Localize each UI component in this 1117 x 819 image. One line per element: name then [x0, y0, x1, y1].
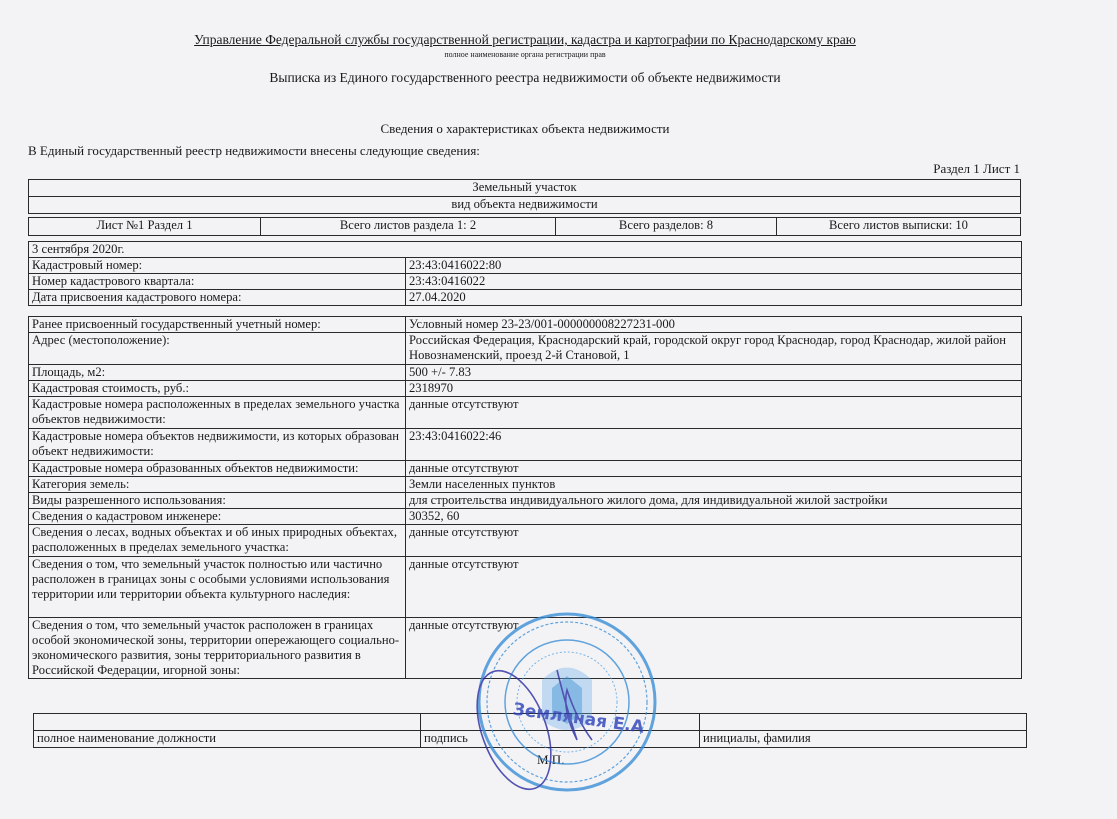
sheets-table: Лист №1 Раздел 1 Всего листов раздела 1:… [28, 217, 1021, 236]
name-caption: инициалы, фамилия [700, 731, 1027, 748]
object-type-table: Земельный участок вид объекта недвижимос… [28, 179, 1021, 214]
row-value: данные отсутствуют [406, 397, 1022, 429]
sheet-section: Лист №1 Раздел 1 [29, 218, 261, 236]
sheet-reference: Раздел 1 Лист 1 [933, 161, 1020, 177]
table-row: Адрес (местоположение): Российская Федер… [29, 333, 1022, 365]
row-label: Сведения о кадастровом инженере: [29, 509, 406, 525]
row-label: Номер кадастрового квартала: [29, 274, 406, 290]
row-value: Российская Федерация, Краснодарский край… [406, 333, 1022, 365]
row-value: 2318970 [406, 381, 1022, 397]
row-value: 27.04.2020 [406, 290, 1022, 306]
table-row: Сведения о кадастровом инженере: 30352, … [29, 509, 1022, 525]
row-value: данные отсутствуют [406, 525, 1022, 557]
intro-text: В Единый государственный реестр недвижим… [28, 143, 480, 159]
agency-name: Управление Федеральной службы государств… [0, 32, 1050, 48]
object-type-caption: вид объекта недвижимости [29, 197, 1021, 214]
row-label: Категория земель: [29, 477, 406, 493]
row-value: 23:43:0416022 [406, 274, 1022, 290]
position-field [34, 714, 421, 731]
cadastral-basic-table: 3 сентября 2020г. Кадастровый номер: 23:… [28, 241, 1022, 306]
row-value: данные отсутствуют [406, 461, 1022, 477]
table-row: Кадастровый номер: 23:43:0416022:80 [29, 258, 1022, 274]
position-caption: полное наименование должности [34, 731, 421, 748]
table-row: Сведения о лесах, водных объектах и об и… [29, 525, 1022, 557]
object-type-value: Земельный участок [29, 180, 1021, 197]
signature-caption: подпись [421, 731, 700, 748]
row-label: Дата присвоения кадастрового номера: [29, 290, 406, 306]
row-label: Кадастровые номера образованных объектов… [29, 461, 406, 477]
extract-date: 3 сентября 2020г. [29, 242, 1022, 258]
row-value: данные отсутствуют [406, 557, 1022, 618]
row-label: Адрес (местоположение): [29, 333, 406, 365]
row-label: Ранее присвоенный государственный учетны… [29, 317, 406, 333]
section-title: Сведения о характеристиках объекта недви… [0, 121, 1050, 137]
table-row: Сведения о том, что земельный участок ра… [29, 618, 1022, 679]
row-label: Сведения о лесах, водных объектах и об и… [29, 525, 406, 557]
table-row: Категория земель: Земли населенных пункт… [29, 477, 1022, 493]
row-label: Виды разрешенного использования: [29, 493, 406, 509]
row-label: Сведения о том, что земельный участок ра… [29, 618, 406, 679]
table-row: Кадастровая стоимость, руб.: 2318970 [29, 381, 1022, 397]
row-value: 30352, 60 [406, 509, 1022, 525]
table-row: Площадь, м2: 500 +/- 7.83 [29, 365, 1022, 381]
row-label: Кадастровые номера объектов недвижимости… [29, 429, 406, 461]
row-label: Сведения о том, что земельный участок по… [29, 557, 406, 618]
seal-place-caption: М.П. [537, 752, 564, 768]
row-value: Условный номер 23-23/001-000000008227231… [406, 317, 1022, 333]
row-value: Земли населенных пунктов [406, 477, 1022, 493]
row-label: Кадастровая стоимость, руб.: [29, 381, 406, 397]
table-row: Кадастровые номера расположенных в преде… [29, 397, 1022, 429]
section-sheets-count: Всего листов раздела 1: 2 [261, 218, 556, 236]
table-row: Виды разрешенного использования: для стр… [29, 493, 1022, 509]
row-value: для строительства индивидуального жилого… [406, 493, 1022, 509]
document-title: Выписка из Единого государственного реес… [0, 70, 1050, 86]
agency-caption: полное наименование органа регистрации п… [0, 50, 1050, 59]
row-label: Площадь, м2: [29, 365, 406, 381]
total-sheets: Всего листов выписки: 10 [777, 218, 1021, 236]
total-sections: Всего разделов: 8 [556, 218, 777, 236]
name-field [700, 714, 1027, 731]
table-row: Номер кадастрового квартала: 23:43:04160… [29, 274, 1022, 290]
table-row: Кадастровые номера образованных объектов… [29, 461, 1022, 477]
table-row: Сведения о том, что земельный участок по… [29, 557, 1022, 618]
signature-table: полное наименование должности подпись ин… [33, 713, 1027, 748]
table-row: Кадастровые номера объектов недвижимости… [29, 429, 1022, 461]
table-row: Дата присвоения кадастрового номера: 27.… [29, 290, 1022, 306]
row-value: 23:43:0416022:80 [406, 258, 1022, 274]
cadastral-details-table: Ранее присвоенный государственный учетны… [28, 316, 1022, 679]
row-label: Кадастровые номера расположенных в преде… [29, 397, 406, 429]
row-value: данные отсутствуют [406, 618, 1022, 679]
row-value: 23:43:0416022:46 [406, 429, 1022, 461]
row-label: Кадастровый номер: [29, 258, 406, 274]
row-value: 500 +/- 7.83 [406, 365, 1022, 381]
signature-field [421, 714, 700, 731]
table-row: Ранее присвоенный государственный учетны… [29, 317, 1022, 333]
